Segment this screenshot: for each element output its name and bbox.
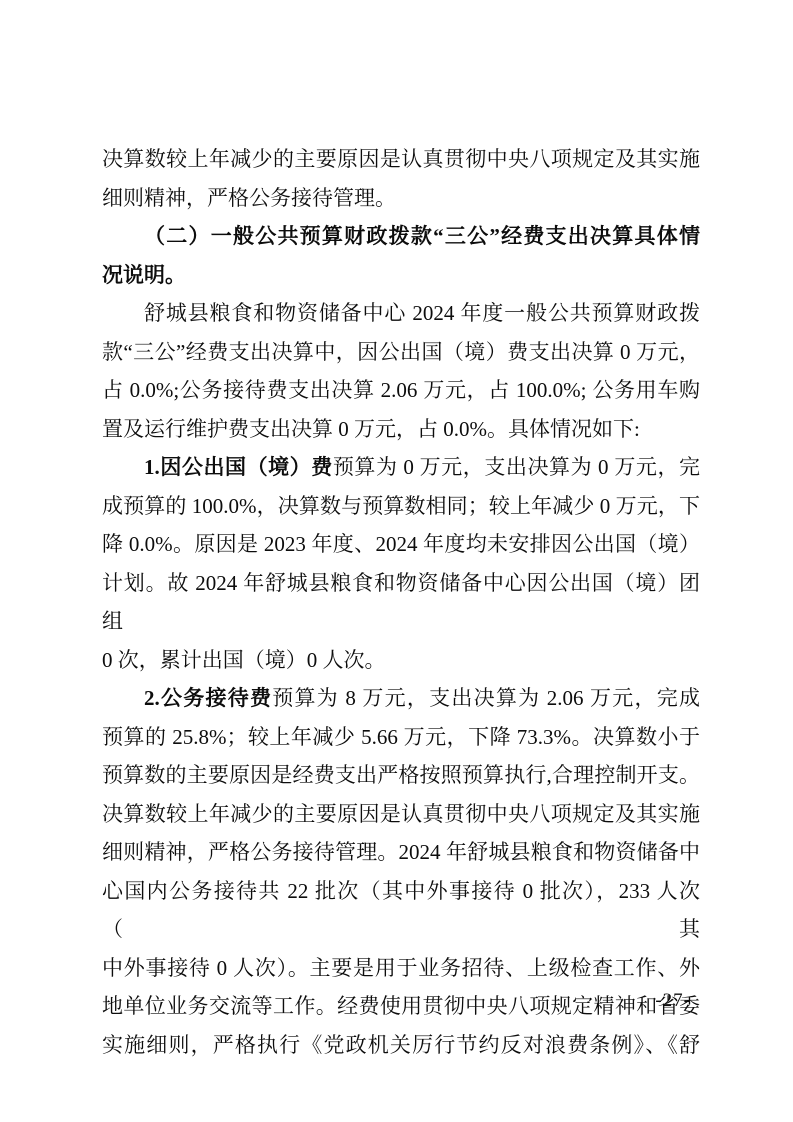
text-segment: 0 次，累计出国（境）0 人次。 <box>102 648 386 672</box>
page-number: -27- <box>655 990 691 1012</box>
text-segment: 中外事接待 0 人次）。主要是用于业务招待、上级检查工作、外 <box>102 956 700 980</box>
text-segment: 实施细则，严格执行《党政机关厉行节约反对浪费条例》、《舒 <box>102 1033 700 1057</box>
text-segment: 占 0.0%;公务接待费支出决算 2.06 万元，占 100.0%; 公务用车购 <box>102 378 700 402</box>
text-segment: 降 0.0%。原因是 2023 年度、2024 年度均未安排因公出国（境） <box>102 532 700 556</box>
text-line: （二）一般公共预算财政拨款“三公”经费支出决算具体情 <box>102 217 700 256</box>
text-line: 实施细则，严格执行《党政机关厉行节约反对浪费条例》、《舒 <box>102 1026 700 1065</box>
text-segment: 成预算的 100.0%，决算数与预算数相同；较上年减少 0 万元，下 <box>102 494 700 518</box>
text-line: 款“三公”经费支出决算中，因公出国（境）费支出决算 0 万元， <box>102 333 700 372</box>
text-line: 2.公务接待费预算为 8 万元，支出决算为 2.06 万元，完成 <box>102 679 700 718</box>
text-line: 决算数较上年减少的主要原因是认真贯彻中央八项规定及其实施 <box>102 795 700 834</box>
text-segment: 地单位业务交流等工作。经费使用贯彻中央八项规定精神和省委 <box>102 994 700 1018</box>
text-line: 地单位业务交流等工作。经费使用贯彻中央八项规定精神和省委 <box>102 987 700 1026</box>
bold-text-segment: 2.公务接待费 <box>144 686 272 710</box>
document-page: 决算数较上年减少的主要原因是认真贯彻中央八项规定及其实施细则精神，严格公务接待管… <box>0 0 793 1122</box>
text-line: 0 次，累计出国（境）0 人次。 <box>102 641 700 680</box>
text-line: 预算的 25.8%；较上年减少 5.66 万元，下降 73.3%。决算数小于 <box>102 718 700 757</box>
text-segment: 款“三公”经费支出决算中，因公出国（境）费支出决算 0 万元， <box>102 340 700 364</box>
text-segment: 心国内公务接待共 22 批次（其中外事接待 0 批次），233 人次（其 <box>102 879 700 942</box>
text-line: 况说明。 <box>102 256 700 295</box>
bold-text-segment: 况说明。 <box>102 263 186 287</box>
document-body: 决算数较上年减少的主要原因是认真贯彻中央八项规定及其实施细则精神，严格公务接待管… <box>102 140 700 1064</box>
text-segment: 预算数的主要原因是经费支出严格按照预算执行,合理控制开支。 <box>102 763 700 787</box>
text-segment: 决算数较上年减少的主要原因是认真贯彻中央八项规定及其实施 <box>102 802 700 826</box>
text-line: 中外事接待 0 人次）。主要是用于业务招待、上级检查工作、外 <box>102 949 700 988</box>
text-line: 占 0.0%;公务接待费支出决算 2.06 万元，占 100.0%; 公务用车购 <box>102 371 700 410</box>
text-line: 预算数的主要原因是经费支出严格按照预算执行,合理控制开支。 <box>102 756 700 795</box>
text-line: 细则精神，严格公务接待管理。 <box>102 179 700 218</box>
text-segment: 预算为 8 万元，支出决算为 2.06 万元，完成 <box>272 686 700 710</box>
text-line: 计划。故 2024 年舒城县粮食和物资储备中心因公出国（境）团组 <box>102 564 700 641</box>
text-segment: 置及运行维护费支出决算 0 万元，占 0.0%。具体情况如下: <box>102 417 640 441</box>
text-segment: 舒城县粮食和物资储备中心 2024 年度一般公共预算财政拨 <box>144 301 700 325</box>
text-line: 心国内公务接待共 22 批次（其中外事接待 0 批次），233 人次（其 <box>102 872 700 949</box>
text-segment: 计划。故 2024 年舒城县粮食和物资储备中心因公出国（境）团组 <box>102 571 700 634</box>
text-line: 置及运行维护费支出决算 0 万元，占 0.0%。具体情况如下: <box>102 410 700 449</box>
text-segment: 预算为 0 万元，支出决算为 0 万元，完 <box>333 455 700 479</box>
text-segment: 预算的 25.8%；较上年减少 5.66 万元，下降 73.3%。决算数小于 <box>102 725 700 749</box>
text-line: 1.因公出国（境）费预算为 0 万元，支出决算为 0 万元，完 <box>102 448 700 487</box>
text-line: 降 0.0%。原因是 2023 年度、2024 年度均未安排因公出国（境） <box>102 525 700 564</box>
text-line: 决算数较上年减少的主要原因是认真贯彻中央八项规定及其实施 <box>102 140 700 179</box>
bold-text-segment: （二）一般公共预算财政拨款“三公”经费支出决算具体情 <box>144 224 700 248</box>
text-line: 舒城县粮食和物资储备中心 2024 年度一般公共预算财政拨 <box>102 294 700 333</box>
bold-text-segment: 1.因公出国（境）费 <box>144 455 333 479</box>
text-segment: 决算数较上年减少的主要原因是认真贯彻中央八项规定及其实施 <box>102 147 700 171</box>
text-line: 细则精神，严格公务接待管理。2024 年舒城县粮食和物资储备中 <box>102 833 700 872</box>
text-segment: 细则精神，严格公务接待管理。2024 年舒城县粮食和物资储备中 <box>102 840 700 864</box>
text-segment: 细则精神，严格公务接待管理。 <box>102 186 396 210</box>
text-line: 成预算的 100.0%，决算数与预算数相同；较上年减少 0 万元，下 <box>102 487 700 526</box>
